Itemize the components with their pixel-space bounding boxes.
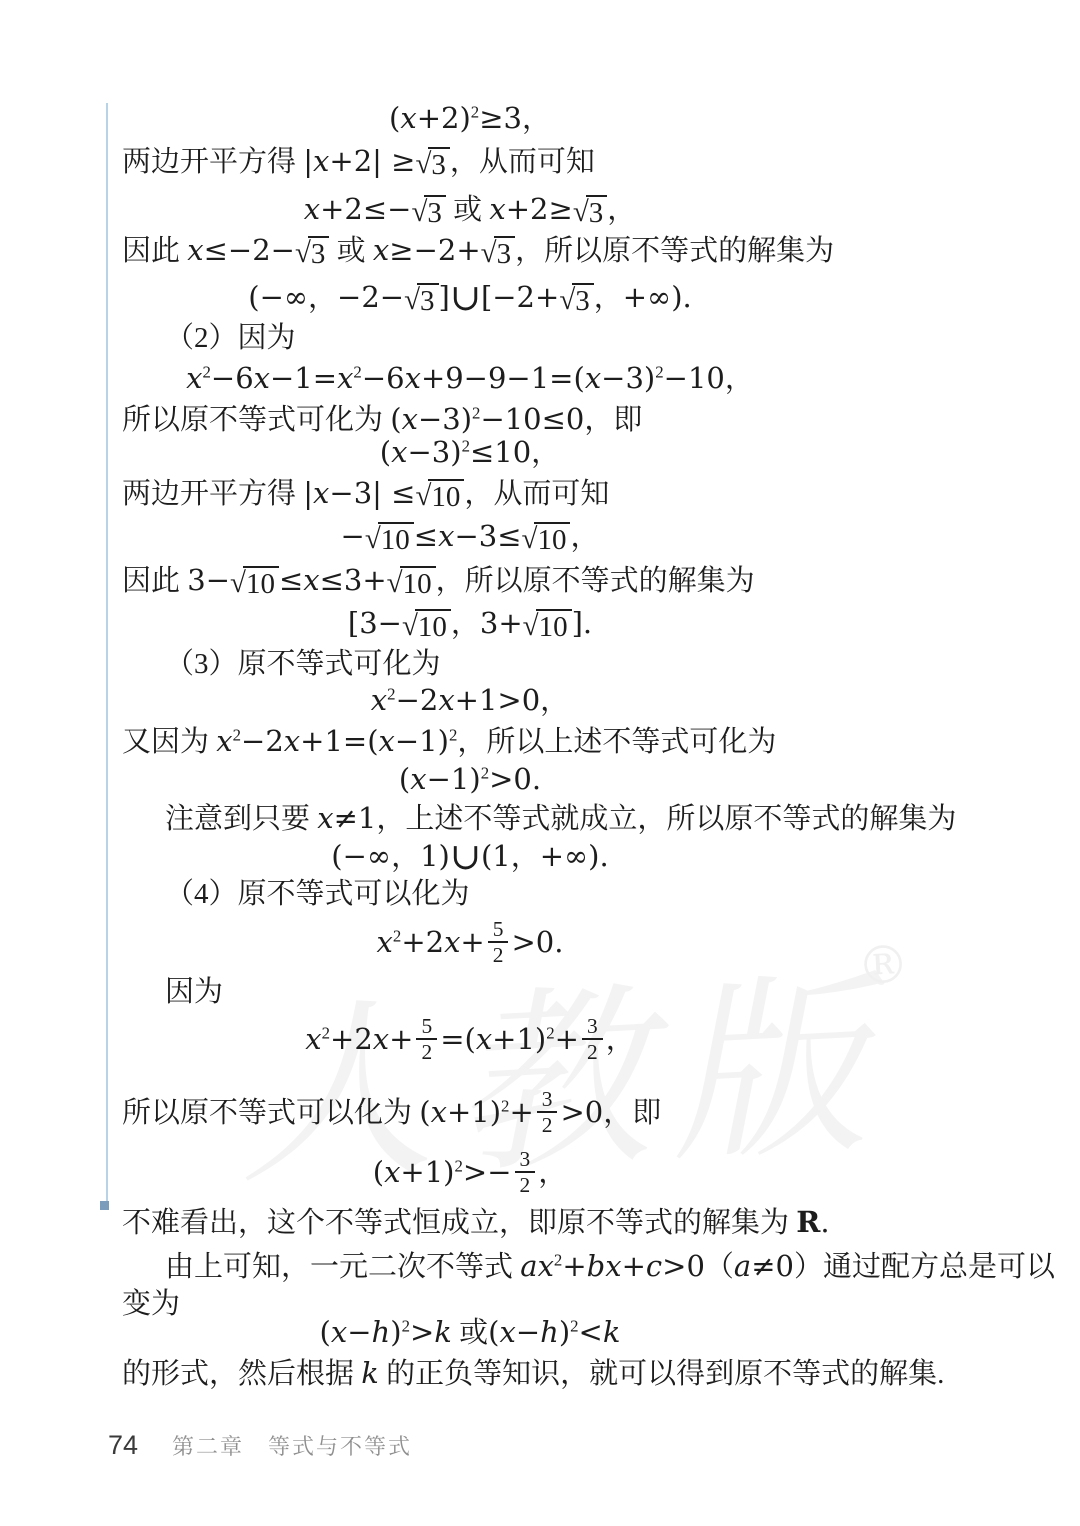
text-run: ， — [725, 363, 754, 395]
sqrt-expression: √10 — [402, 609, 451, 644]
chapter-title: 第二章 等式与不等式 — [172, 1430, 412, 1461]
text-run: （2）因为 — [165, 322, 296, 354]
fraction-denominator: 2 — [515, 1171, 536, 1197]
math-run: x — [305, 1022, 321, 1056]
math-run: + — [555, 1022, 579, 1056]
radical-sign: √ — [411, 197, 427, 229]
text-run: ，即 — [603, 1097, 661, 1129]
fraction-denominator: 2 — [537, 1111, 558, 1137]
text-run: 两边开平方得 — [122, 146, 303, 178]
text-run: ，即 — [584, 404, 642, 436]
math-run: −3| ≤ — [329, 476, 415, 510]
sqrt-expression: √3 — [404, 283, 438, 318]
math-run: x — [216, 724, 232, 758]
math-run: a — [734, 1249, 751, 1283]
text-run: 的正负等知识，就可以得到原不等式的解集. — [379, 1358, 945, 1390]
fraction: 52 — [488, 917, 509, 967]
sqrt-expression: √10 — [415, 479, 464, 514]
superscript: 2 — [462, 436, 470, 455]
text-run: 因此 — [122, 565, 187, 597]
radicand: 10 — [415, 609, 451, 642]
text-line-18: 注意到只要 x≠1，上述不等式就成立，所以原不等式的解集为 — [122, 798, 940, 839]
math-run: x — [605, 1249, 621, 1283]
text-run: ， — [522, 103, 551, 135]
math-run: b — [587, 1249, 606, 1283]
text-line-1: (x+2)2≥3， — [122, 98, 940, 139]
math-run: >0. — [511, 925, 563, 959]
text-line-3: x+2≤−√3 或 x+2≥√3， — [122, 189, 940, 230]
math-run: (−∞，1) — [331, 839, 450, 873]
text-run: ，所以上述不等式可化为 — [457, 726, 776, 758]
math-run: x — [405, 361, 421, 395]
math-run: +9−9−1=( — [421, 361, 585, 395]
superscript: 2 — [202, 362, 210, 381]
math-run: −3) — [601, 361, 655, 395]
fraction-denominator: 2 — [416, 1038, 437, 1064]
math-run: x — [331, 1315, 347, 1349]
math-run: +2 — [330, 1022, 373, 1056]
math-run: + — [460, 925, 484, 959]
math-run: −10 — [664, 361, 725, 395]
sqrt-expression: √10 — [523, 609, 572, 644]
math-run: −2 — [241, 724, 284, 758]
math-run: − — [516, 1315, 540, 1349]
text-line-24: 所以原不等式可以化为 (x+1)2+32>0，即 — [122, 1080, 940, 1144]
text-run: 不难看出，这个不等式恒成立，即原不等式的解集为 — [122, 1207, 796, 1239]
text-line-6: （2）因为 — [122, 318, 940, 358]
textbook-page: 人教版 ® (x+2)2≥3，两边开平方得 |x+2| ≥√3，从而可知x+2≤… — [0, 0, 1080, 1526]
superscript: 2 — [471, 102, 479, 121]
math-run: >− — [463, 1155, 512, 1189]
radicand: 3 — [428, 147, 450, 180]
radical-sign: √ — [415, 149, 431, 181]
math-run: −3) — [407, 435, 461, 469]
text-line-7: x2−6x−1=x2−6x+9−9−1=(x−3)2−10， — [122, 358, 940, 399]
math-run: + — [622, 1249, 646, 1283]
math-run: [−2+ — [481, 280, 559, 314]
math-run: −1) — [395, 724, 449, 758]
math-run: ( — [419, 1095, 430, 1129]
math-run: ( — [399, 762, 410, 796]
math-run: ]. — [572, 606, 593, 640]
radicand: 10 — [400, 566, 436, 599]
fraction-numerator: 5 — [488, 917, 509, 941]
radical-sign: √ — [481, 238, 497, 270]
math-run: −1) — [427, 762, 481, 796]
math-run: ( — [389, 101, 400, 135]
text-run: 或 — [446, 194, 490, 226]
math-run: k — [361, 1356, 379, 1390]
radicand: 10 — [378, 522, 414, 555]
text-run: ， — [570, 521, 599, 553]
math-run: x — [304, 192, 320, 226]
radical-sign: √ — [365, 524, 381, 556]
math-run: x — [317, 801, 333, 835]
math-run: h — [540, 1315, 559, 1349]
math-run: −3) — [418, 402, 472, 436]
math-run: ≤ — [414, 519, 438, 553]
math-run: −6 — [211, 361, 254, 395]
math-run: x — [337, 361, 353, 395]
math-run: x — [431, 1095, 447, 1129]
sqrt-expression: √10 — [365, 522, 414, 557]
text-run: 两边开平方得 — [122, 478, 303, 510]
math-run: >0 — [662, 1249, 705, 1283]
text-line-15: x2−2x+1>0， — [122, 680, 940, 721]
math-run: ，+∞). — [594, 280, 692, 314]
fraction: 32 — [515, 1147, 536, 1197]
math-run: ( — [380, 435, 391, 469]
superscript: 2 — [233, 725, 241, 744]
fraction-numerator: 5 — [416, 1014, 437, 1038]
page-footer: 74 第二章 等式与不等式 — [108, 1430, 412, 1461]
text-line-26: 不难看出，这个不等式恒成立，即原不等式的解集为 R. — [122, 1202, 940, 1243]
text-run: ，从而可知 — [464, 478, 609, 510]
math-run: ≥3 — [479, 101, 522, 135]
math-run: > — [410, 1315, 434, 1349]
radicand: 3 — [586, 195, 608, 228]
superscript: 2 — [546, 1023, 554, 1042]
math-run: x — [400, 101, 416, 135]
fraction-numerator: 3 — [515, 1147, 536, 1171]
math-run: ∪ — [450, 835, 481, 878]
text-run: 因为 — [165, 976, 223, 1008]
math-run: +2≤− — [320, 192, 411, 226]
superscript: 2 — [322, 1023, 330, 1042]
math-run: x — [585, 361, 601, 395]
math-run: ≠0 — [751, 1249, 794, 1283]
math-run: >0. — [489, 762, 541, 796]
text-run: 又因为 — [122, 726, 216, 758]
math-run: 3− — [187, 563, 230, 597]
math-run: x — [438, 683, 454, 717]
math-run: x — [313, 144, 329, 178]
radical-sign: √ — [295, 238, 311, 270]
sqrt-expression: √3 — [559, 283, 593, 318]
radicand: 3 — [417, 283, 439, 316]
math-run: ≤−2− — [204, 233, 295, 267]
math-run: . — [820, 1205, 829, 1239]
math-run: x — [402, 402, 418, 436]
math-run: =( — [440, 1022, 476, 1056]
sqrt-expression: √3 — [415, 147, 449, 182]
text-run: （ — [705, 1251, 734, 1283]
math-run: + — [389, 1022, 413, 1056]
math-run: x — [186, 361, 202, 395]
text-line-29: (x−h)2>k 或(x−h)2<k — [122, 1312, 940, 1353]
text-line-4: 因此 x≤−2−√3 或 x≥−2+√3，所以原不等式的解集为 — [122, 230, 940, 271]
math-run: ( — [373, 1155, 384, 1189]
math-run: ) — [559, 1315, 570, 1349]
text-line-23: x2+2x+52=(x+1)2+32， — [122, 1007, 940, 1071]
radical-sign: √ — [415, 481, 431, 513]
math-run: ≤10 — [470, 435, 531, 469]
math-run: x — [377, 925, 393, 959]
superscript: 2 — [655, 362, 663, 381]
math-run: +1=( — [300, 724, 378, 758]
sqrt-expression: √3 — [481, 236, 515, 271]
text-run: ，所以原不等式的解集为 — [436, 565, 755, 597]
fraction-numerator: 3 — [582, 1014, 603, 1038]
math-run: +2) — [417, 101, 471, 135]
math-run: ≤3+ — [320, 563, 387, 597]
math-run: ≠1 — [334, 801, 377, 835]
text-line-22: 因为 — [122, 972, 940, 1012]
radical-sign: √ — [387, 568, 403, 600]
math-run: ( — [390, 402, 401, 436]
radicand: 3 — [308, 236, 330, 269]
math-run: x — [499, 1315, 515, 1349]
radicand: 3 — [424, 195, 446, 228]
radical-sign: √ — [404, 285, 420, 317]
text-run: 或 — [452, 1317, 488, 1349]
math-run: +2 — [401, 925, 444, 959]
math-run: −2 — [396, 683, 439, 717]
text-run: ）通过配方总是可以 — [794, 1251, 1055, 1283]
page-number: 74 — [108, 1430, 138, 1461]
text-run: ， — [607, 194, 636, 226]
fraction: 32 — [582, 1014, 603, 1064]
math-run: | — [303, 476, 313, 510]
text-run: ， — [540, 685, 569, 717]
text-run: 所以原不等式可以化为 — [122, 1097, 419, 1129]
math-run: +1) — [492, 1022, 546, 1056]
text-line-30: 的形式，然后根据 k 的正负等知识，就可以得到原不等式的解集. — [122, 1353, 940, 1394]
math-run: h — [372, 1315, 391, 1349]
sqrt-expression: √3 — [573, 195, 607, 230]
math-run: x — [410, 762, 426, 796]
text-run: ，所以原不等式的解集为 — [515, 235, 834, 267]
text-run: ，从而可知 — [450, 146, 595, 178]
math-run: + — [509, 1095, 533, 1129]
math-run: x — [489, 192, 505, 226]
radicand: 3 — [494, 236, 516, 269]
text-run: 的形式，然后根据 — [122, 1358, 361, 1390]
math-run: x — [438, 519, 454, 553]
math-run: >0 — [560, 1095, 603, 1129]
math-run: ) — [390, 1315, 401, 1349]
radicand: 10 — [243, 566, 279, 599]
fraction-denominator: 2 — [488, 941, 509, 967]
math-run: x — [373, 1022, 389, 1056]
math-run: +1) — [447, 1095, 501, 1129]
text-run: ， — [538, 1157, 567, 1189]
superscript: 2 — [455, 1156, 463, 1175]
math-run: −1= — [270, 361, 337, 395]
math-run: x — [284, 724, 300, 758]
math-run: +1>0 — [455, 683, 541, 717]
sqrt-expression: √3 — [295, 236, 329, 271]
math-run: x — [187, 233, 203, 267]
math-run: −6 — [362, 361, 405, 395]
math-run: ∪ — [450, 276, 481, 319]
text-line-16: 又因为 x2−2x+1=(x−1)2，所以上述不等式可化为 — [122, 721, 940, 762]
text-run: （4）原不等式可以化为 — [165, 878, 470, 910]
text-line-5: (−∞，−2−√3]∪[−2+√3，+∞). — [122, 277, 940, 318]
math-run: ( — [320, 1315, 331, 1349]
superscript: 2 — [353, 362, 361, 381]
math-run: (1，+∞). — [481, 839, 609, 873]
text-line-11: −√10≤x−3≤√10， — [122, 516, 940, 557]
radical-sign: √ — [402, 611, 418, 643]
math-run: x — [379, 724, 395, 758]
text-run: 所以原不等式可化为 — [122, 404, 390, 436]
text-line-2: 两边开平方得 |x+2| ≥√3，从而可知 — [122, 141, 940, 182]
math-run: +2| ≥ — [329, 144, 415, 178]
math-run: x — [313, 476, 329, 510]
math-run: + — [562, 1249, 586, 1283]
superscript: 2 — [481, 763, 489, 782]
sqrt-expression: √3 — [411, 195, 445, 230]
text-run: 注意到只要 — [165, 803, 317, 835]
text-line-14: （3）原不等式可化为 — [122, 644, 940, 684]
math-run: x — [391, 435, 407, 469]
superscript: 2 — [387, 684, 395, 703]
fraction: 52 — [416, 1014, 437, 1064]
radicand: 10 — [536, 609, 572, 642]
text-run: 因此 — [122, 235, 187, 267]
math-run: k — [603, 1315, 621, 1349]
sqrt-expression: √10 — [387, 566, 436, 601]
math-run: +1) — [400, 1155, 454, 1189]
text-line-12: 因此 3−√10≤x≤3+√10，所以原不等式的解集为 — [122, 560, 940, 601]
text-line-25: (x+1)2>−32， — [122, 1140, 940, 1204]
radical-sign: √ — [230, 568, 246, 600]
superscript: 2 — [570, 1316, 578, 1335]
radicand: 10 — [428, 479, 464, 512]
math-run: − — [347, 1315, 371, 1349]
math-run: x — [371, 683, 387, 717]
text-line-17: (x−1)2>0. — [122, 759, 940, 800]
radical-sign: √ — [573, 197, 589, 229]
text-line-27: 由上可知，一元二次不等式 ax2+bx+c>0（a≠0）通过配方总是可以 — [122, 1246, 940, 1287]
math-run: −3≤ — [454, 519, 521, 553]
math-run: ( — [488, 1315, 499, 1349]
text-run: （3）原不等式可化为 — [165, 648, 441, 680]
math-run: ≤ — [279, 563, 303, 597]
math-run: a — [520, 1249, 537, 1283]
text-line-19: (−∞，1)∪(1，+∞). — [122, 836, 940, 877]
math-run: x — [373, 233, 389, 267]
text-line-13: [3−√10，3+√10]. — [122, 603, 940, 644]
math-run: R — [796, 1205, 820, 1239]
text-line-21: x2+2x+52>0. — [122, 910, 940, 974]
math-run: +2≥ — [506, 192, 573, 226]
math-run: | — [303, 144, 313, 178]
math-run: (−∞，−2− — [248, 280, 404, 314]
text-run: ， — [606, 1024, 635, 1056]
text-run: 由上可知，一元二次不等式 — [165, 1251, 520, 1283]
sqrt-expression: √10 — [522, 522, 571, 557]
text-run: 或 — [329, 235, 373, 267]
page-content: (x+2)2≥3，两边开平方得 |x+2| ≥√3，从而可知x+2≤−√3 或 … — [0, 0, 1080, 1394]
math-run: x — [538, 1249, 554, 1283]
math-run: x — [476, 1022, 492, 1056]
math-run: [3− — [348, 606, 402, 640]
math-run: k — [434, 1315, 452, 1349]
superscript: 2 — [402, 1316, 410, 1335]
math-run: − — [341, 519, 365, 553]
text-line-20: （4）原不等式可以化为 — [122, 874, 940, 914]
math-run: ，3+ — [451, 606, 523, 640]
fraction-numerator: 3 — [537, 1087, 558, 1111]
radical-sign: √ — [559, 285, 575, 317]
text-line-10: 两边开平方得 |x−3| ≤√10，从而可知 — [122, 473, 940, 514]
math-run: x — [254, 361, 270, 395]
fraction: 32 — [537, 1087, 558, 1137]
radical-sign: √ — [523, 611, 539, 643]
math-run: ] — [439, 280, 450, 314]
math-run: x — [444, 925, 460, 959]
math-run: x — [303, 563, 319, 597]
text-run: 变为 — [122, 1288, 180, 1320]
text-run: ， — [531, 437, 560, 469]
math-run: x — [384, 1155, 400, 1189]
radicand: 10 — [534, 522, 570, 555]
sqrt-expression: √10 — [230, 566, 279, 601]
text-run: ，上述不等式就成立，所以原不等式的解集为 — [376, 803, 956, 835]
fraction-denominator: 2 — [582, 1038, 603, 1064]
radical-sign: √ — [522, 524, 538, 556]
math-run: c — [646, 1249, 662, 1283]
math-run: < — [579, 1315, 603, 1349]
math-run: ≥−2+ — [389, 233, 480, 267]
math-run: −10≤0 — [480, 402, 584, 436]
radicand: 3 — [572, 283, 594, 316]
